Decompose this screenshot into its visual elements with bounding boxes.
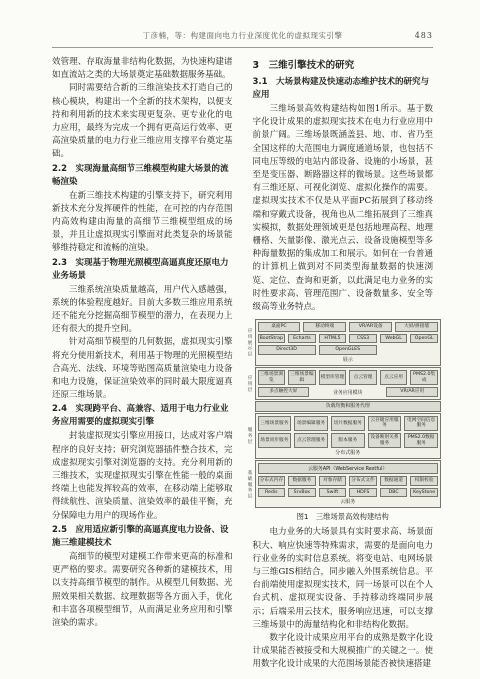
figure-box: 场景同步服务 [258,433,292,448]
paragraph: 针对高细节模型的几何数据，虚拟现实引擎将充分使用新技术，利用基于物理的光照模型结… [52,336,233,402]
figure-box: 电网空间信息服务 [404,416,438,431]
paragraph: 三维系统渲染质量越高，用户代入感越强，系统的体验程度越好。目前大多数三维应用系统… [52,284,233,337]
section-heading-2-3: 2.3 实现基于物理光照模型高逼真度还原电力业务场景 [52,257,233,283]
figure-box: Direct3D [258,345,316,355]
figure-box: OpenGLES [319,345,377,355]
paragraph: 在新三维技术构建的引擎支持下，研究利用新技术充分发挥硬件的性能，在可控的内存范围… [52,190,233,256]
figure-box: 三维场景浏览 [258,370,286,385]
section-heading-2-5: 2.5 应用适应新引擎的高逼真度电力设备、设施三维建模技术 [52,524,233,550]
left-column: 效管理、存取海量非结构化数据，为快速构建诸如直流站之类的大场景奠定基础数据服务基… [52,56,233,672]
figure-diagram: 应用展示层桌面PC移动终端VR/AR设备大屏/拼接墙BootStrapEchar… [245,319,442,508]
figure-box: PMS2.0集成 [410,370,438,385]
figure-row: RedisSrvBoxSwiftHDFSDBCKeyStone [258,488,439,498]
figure-box: 数据服务 [288,476,316,486]
section-heading-2-4: 2.4 实现跨平台、高兼容、适用于电力行业业务应用需要的虚拟现实引擎 [52,403,233,429]
figure-layer-content: 负载均衡和服务代理 [255,401,442,412]
content-columns: 效管理、存取海量非结构化数据，为快速构建诸如直流站之类的大场景奠定基础数据服务基… [52,56,433,672]
figure-layer-content: 桌面PC移动终端VR/AR设备大屏/拼接墙BootStrapEchartsHTM… [255,319,442,366]
paragraph: 三维场景高效构建结构如图1所示。基于数字化设计成果的虚拟现实技术在电力行业应用中… [253,103,434,314]
figure-box: SrvBox [288,488,316,498]
figure-box: 数据通道 [380,476,408,486]
figure-layer-label: 基础服务层 [245,460,254,508]
figure-box: 大屏/拼接墙 [395,322,438,332]
figure-box: 三维场景服务 [258,416,292,431]
section-heading-3: 3 三维引擎技术的研究 [253,59,434,73]
figure-box: VR/AR设备 [349,322,392,332]
running-title: 丁彦楠，等：构建面向电力行业深度优化的虚拟现实引擎 [143,31,343,40]
figure-box: HTML5 [319,334,347,344]
figure-box: 点云管理服务 [294,433,328,448]
paragraph: 数字化设计成果应用平台的成熟是数字化设计成果能否被接受和大规模推广的关键之一。使… [253,632,434,672]
figure-box: 分布式文件 [349,476,377,486]
page-header: 丁彦楠，等：构建面向电力行业深度优化的虚拟现实引擎 483 [52,30,433,44]
paragraph: 封装虚拟现实引擎应用接口，达成对客户端程序的良好支持；研究浏览器插件整合技术，完… [52,430,233,522]
figure-row: 桌面PC移动终端VR/AR设备大屏/拼接墙 [258,322,439,332]
figure-box: 场景编辑服务 [294,416,328,431]
right-column: 3 三维引擎技术的研究 3.1 大场景构建及快速动态维护技术的研究与应用 三维场… [253,56,434,672]
figure-layer-label [245,401,254,412]
figure-box: Echarts [288,334,316,344]
figure-layer-content: 三维场景浏览三维场景编辑模型库管理点云管理点云应用PMS2.0集成多点触控大屏业… [255,367,442,400]
figure-layer-label: 服务层 [245,413,254,459]
figure-1: 应用展示层桌面PC移动终端VR/AR设备大屏/拼接墙BootStrapEchar… [245,319,442,522]
figure-group-label: 云服务 [258,499,439,505]
figure-box: 设备映射关系服务 [368,433,402,448]
header-rule [52,47,433,48]
figure-box: 桌面PC [258,322,301,332]
figure-box: 点云管理 [349,370,377,385]
page-number: 483 [415,31,433,40]
figure-box: HDFS [349,488,377,498]
figure-bar: 云服务API（WebService Restful） [258,463,439,474]
figure-box: 版本服务 [331,433,365,448]
figure-layer-content: 云服务API（WebService Restful）分布式内存数据服务对象存储分… [255,460,442,508]
figure-box: Swift [319,488,347,498]
figure-box: 多点触控大屏 [258,387,310,397]
figure-box: 分布式内存 [258,476,286,486]
section-heading-3-1: 3.1 大场景构建及快速动态维护技术的研究与应用 [253,76,434,102]
figure-box: 切片数据服务 [331,416,365,431]
figure-row: 三维场景服务场景编辑服务切片数据服务云存储应用服务电网空间信息服务 [258,416,439,431]
figure-box: PMS2.0数据服务 [404,433,438,448]
figure-box: VR/AR应用 [386,387,438,397]
figure-row: 场景同步服务点云管理服务版本服务设备映射关系服务PMS2.0数据服务 [258,433,439,448]
figure-box: 对象存储 [319,476,347,486]
figure-layer-label: 应用层 [245,367,254,400]
figure-row: 分布式内存数据服务对象存储分布式文件数据通道权限校验 [258,476,439,486]
figure-caption: 图1 三维场景高效构建结构 [245,512,442,522]
figure-box: OpenGL [410,334,438,344]
figure-box: WebGL [380,334,408,344]
figure-box: 三维场景编辑 [288,370,316,385]
paragraph-continued: 效管理、存取海量非结构化数据，为快速构建诸如直流站之类的大场景奠定基础数据服务基… [52,56,233,82]
figure-row: 三维场景浏览三维场景编辑模型库管理点云管理点云应用PMS2.0集成 [258,370,439,385]
paper-page: 丁彦楠，等：构建面向电力行业深度优化的虚拟现实引擎 483 效管理、存取海量非结… [0,0,480,679]
section-heading-2-2: 2.2 实现海量高细节三维模型构建大场景的流畅渲染 [52,163,233,189]
figure-box: 云存储应用服务 [368,416,402,431]
figure-group-label: 展示 [258,357,439,363]
figure-layer: 应用展示层桌面PC移动终端VR/AR设备大屏/拼接墙BootStrapEchar… [245,319,442,366]
figure-row: Direct3DOpenGLES [258,345,439,355]
figure-row: BootStrapEchartsHTML5CSS3WebGLOpenGL [258,334,439,344]
figure-box: 权限校验 [410,476,438,486]
figure-box: DBC [380,488,408,498]
figure-layer: 服务层三维场景服务场景编辑服务切片数据服务云存储应用服务电网空间信息服务场景同步… [245,413,442,459]
figure-layer: 基础服务层云服务API（WebService Restful）分布式内存数据服务… [245,460,442,508]
figure-bar: 负载均衡和服务代理 [255,401,442,412]
figure-layer: 负载均衡和服务代理 [245,401,442,412]
figure-row: 多点触控大屏业务应用模块VR/AR应用 [258,387,439,397]
figure-box: BootStrap [258,334,286,344]
figure-box: 移动终端 [303,322,346,332]
paragraph: 同时需要结合新的三维渲染技术打造自己的核心模块，构建出一个全新的技术架构，以便支… [52,82,233,161]
figure-box: Redis [258,488,286,498]
figure-box: KeyStone [410,488,438,498]
figure-box: 模型库管理 [319,370,347,385]
figure-layer: 应用层三维场景浏览三维场景编辑模型库管理点云管理点云应用PMS2.0集成多点触控… [245,367,442,400]
figure-box: 点云应用 [380,370,408,385]
paragraph: 高细节的模型对建模工作带来更高的标准和更严格的要求。需要研究各种新的建模技术，用… [52,551,233,630]
figure-text: 业务应用模块 [312,389,383,396]
figure-layer-content: 三维场景服务场景编辑服务切片数据服务云存储应用服务电网空间信息服务场景同步服务点… [255,413,442,459]
figure-box: CSS3 [349,334,377,344]
figure-layer-label: 应用展示层 [245,319,254,366]
paragraph: 电力业务的大场景具有实时要求高、场景面积大、响应快速等特殊需求，需要的是面向电力… [253,526,434,632]
figure-group-label: 分布式服务 [258,450,439,456]
